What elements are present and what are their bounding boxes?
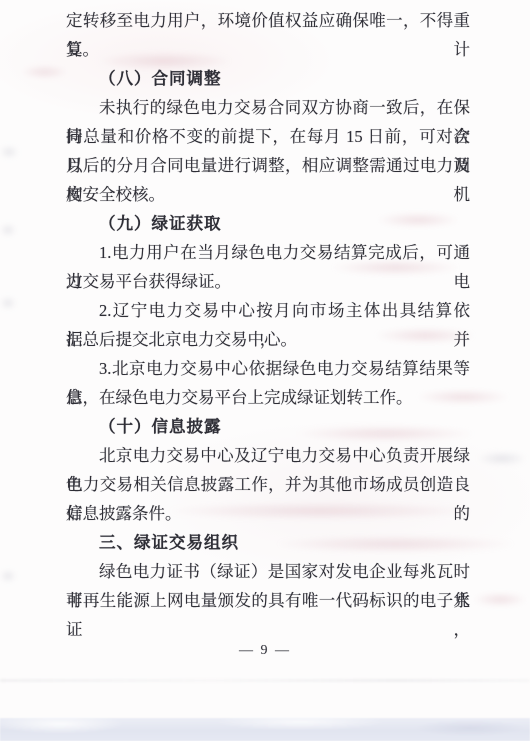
text-line: 未执行的绿色电力交易合同双方协商一致后，在保持合 [66, 93, 470, 122]
bleed-through-mark [0, 570, 16, 582]
bleed-through-mark [474, 593, 526, 606]
text-line: 定转移至电力用户，环境价值权益应确保唯一，不得重复计 [66, 6, 470, 35]
text-line: 3.北京电力交易中心依据绿色电力交易结算结果等信 [66, 354, 470, 383]
bleed-through-mark [0, 146, 18, 158]
section-heading: （十）信息披露 [66, 412, 470, 441]
bleed-through-mark [0, 297, 16, 309]
section-heading: 三、绿证交易组织 [66, 528, 470, 557]
document-body: 定转移至电力用户，环境价值权益应确保唯一，不得重复计算。（八）合同调整未执行的绿… [66, 6, 470, 615]
section-heading: （八）合同调整 [66, 64, 470, 93]
text-line: 息，在绿色电力交易平台上完成绿证划转工作。 [66, 383, 470, 412]
text-line: 2.辽宁电力交易中心按月向市场主体出具结算依据，并 [66, 296, 470, 325]
text-line: 绿色电力证书（绿证）是国家对发电企业每兆瓦时非水 [66, 557, 470, 586]
bleed-through-mark [0, 224, 16, 236]
text-line: 可再生能源上网电量颁发的具有唯一代码标识的电子凭证， [66, 586, 470, 615]
text-line: 以后的分月合同电量进行调整，相应调整需通过电力调度机 [66, 151, 470, 180]
scan-bottom-band [0, 718, 530, 741]
bleed-through-mark [22, 66, 67, 78]
text-line: 北京电力交易中心及辽宁电力交易中心负责开展绿色 [66, 441, 470, 470]
scan-artifact-streak [0, 679, 530, 682]
page-number: — 9 — [0, 643, 530, 659]
section-heading: （九）绿证获取 [66, 209, 470, 238]
text-line: 同总量和价格不变的前提下，在每月 15 日前，可对次月及 [66, 122, 470, 151]
text-line: 1.电力用户在当月绿色电力交易结算完成后，可通过电 [66, 238, 470, 267]
text-line: 电力交易相关信息披露工作，并为其他市场成员创造良好的 [66, 470, 470, 499]
bleed-through-mark [478, 452, 526, 465]
scanned-document-page: 定转移至电力用户，环境价值权益应确保唯一，不得重复计算。（八）合同调整未执行的绿… [0, 0, 530, 741]
